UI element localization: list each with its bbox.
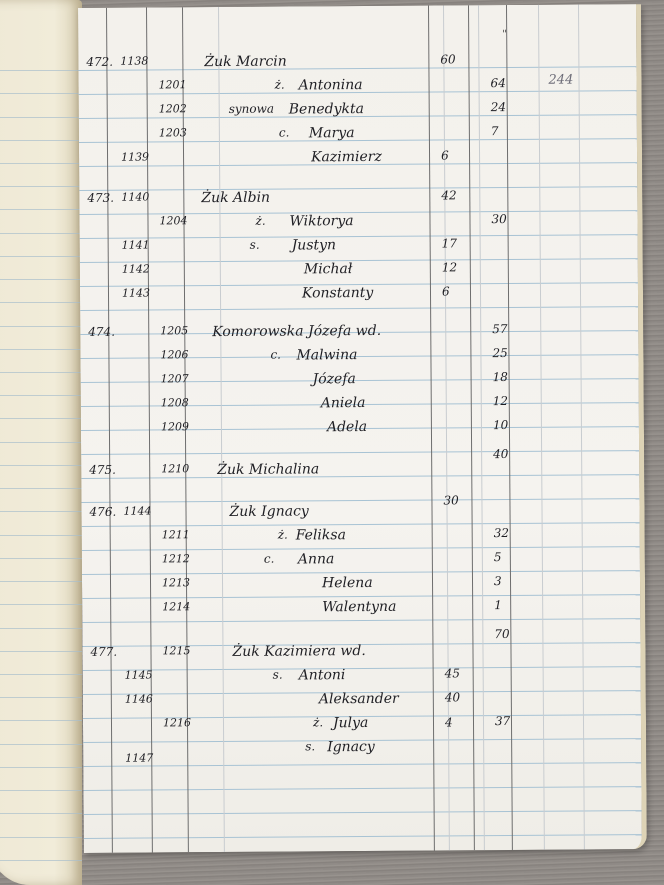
person-name: Michał	[304, 261, 353, 277]
person-name: Żuk Kazimiera wd.	[232, 643, 365, 660]
female-age: 64	[490, 76, 505, 90]
facing-left-page	[0, 0, 82, 885]
female-age: 30	[491, 212, 506, 226]
person-name: Walentyna	[322, 599, 396, 616]
female-id: 1211	[162, 528, 190, 541]
person-name: Marya	[309, 125, 355, 141]
person-name: Anna	[298, 551, 335, 567]
house-number: 475.	[89, 463, 116, 477]
female-id: 1202	[159, 102, 187, 115]
relation: c.	[264, 552, 275, 566]
register-row: 1209 Adela 10	[81, 414, 639, 442]
male-id: 1139	[121, 151, 149, 164]
male-age: 17	[442, 236, 457, 250]
house-number: 472.	[86, 55, 113, 69]
female-id: 1206	[160, 348, 188, 361]
female-age: 1	[494, 598, 502, 612]
female-age: 24	[491, 100, 506, 114]
male-age: 4	[445, 715, 453, 729]
female-id: 1207	[161, 372, 189, 385]
house-number: 473.	[87, 191, 114, 205]
female-age: 37	[495, 714, 510, 728]
relation: ż.	[274, 78, 284, 92]
person-name: Adela	[327, 419, 367, 435]
female-age: 5	[494, 550, 502, 564]
male-id: 1145	[125, 668, 153, 681]
female-id: 1201	[158, 78, 186, 91]
person-name: Benedykta	[289, 101, 364, 118]
person-name: Józefa	[313, 371, 356, 387]
person-name: Ignacy	[327, 739, 375, 755]
female-age: 3	[494, 574, 502, 588]
person-name: Julya	[333, 715, 368, 731]
person-name: Malwina	[296, 347, 357, 363]
female-id: 1214	[162, 600, 190, 613]
male-id: 1143	[122, 287, 150, 300]
female-age: 12	[493, 394, 508, 408]
male-age: 30	[443, 493, 458, 507]
male-age: 40	[445, 690, 460, 704]
house-number: 477.	[90, 645, 117, 659]
female-age: 10	[493, 418, 508, 432]
relation: c.	[279, 126, 290, 140]
person-name: Żuk Michalina	[217, 461, 319, 478]
female-age: 40	[493, 447, 508, 461]
male-id: 1144	[123, 504, 151, 517]
relation: synowa	[229, 102, 274, 116]
person-name: Żuk Marcin	[204, 54, 287, 71]
register-row: 1214 Walentyna 1	[82, 594, 640, 622]
person-name: Wiktorya	[289, 213, 353, 229]
register-row: 1143 Konstanty 6	[80, 280, 638, 308]
person-name: Żuk Albin	[201, 190, 270, 206]
register-row: 1139 Kazimierz 6	[79, 144, 637, 172]
relation: ż.	[255, 214, 265, 228]
person-name: Antoni	[299, 667, 346, 683]
register-page: " 244 472. 1138 Żuk Marcin 60 1201 ż. An…	[78, 4, 647, 853]
male-id: 1146	[125, 692, 153, 705]
male-age: 42	[441, 188, 456, 202]
female-age: 57	[492, 322, 507, 336]
relation: s.	[250, 238, 260, 252]
female-age: 7	[491, 124, 499, 138]
register-row: 1147 s. Ignacy 4	[83, 734, 641, 762]
male-age: 6	[442, 284, 450, 298]
male-id: 1141	[122, 239, 150, 252]
female-id: 1213	[162, 576, 190, 589]
relation: s.	[273, 668, 283, 682]
person-name: Antonina	[298, 77, 362, 93]
male-age: 60	[440, 52, 455, 66]
female-id: 1203	[159, 126, 187, 139]
relation: ż.	[278, 528, 288, 542]
person-name: Aleksander	[319, 691, 399, 708]
person-name: Kazimierz	[311, 149, 382, 165]
female-age: 70	[494, 627, 509, 641]
male-id: 1147	[125, 751, 153, 764]
female-id: 1205	[160, 324, 188, 337]
male-id: 1140	[121, 191, 149, 204]
female-age: 32	[494, 526, 509, 540]
female-id: 1208	[161, 396, 189, 409]
male-id: 1142	[122, 263, 150, 276]
person-name: Konstanty	[302, 285, 373, 301]
person-name: Feliksa	[296, 527, 346, 543]
male-age: 12	[442, 260, 457, 274]
relation: c.	[270, 348, 281, 362]
register-row: 475. 1210 Żuk Michalina 40	[81, 456, 639, 484]
relation: ż.	[313, 715, 323, 729]
house-number: 476.	[89, 505, 116, 519]
male-age: 45	[445, 666, 460, 680]
person-name: Aniela	[321, 395, 366, 411]
male-age: 6	[441, 148, 449, 162]
female-id: 1212	[162, 552, 190, 565]
house-number: 474.	[88, 325, 115, 339]
female-id: 1216	[163, 716, 191, 729]
female-id: 1215	[162, 644, 190, 657]
female-id: 1210	[161, 462, 189, 475]
person-name: Żuk Ignacy	[229, 503, 308, 520]
female-age: 18	[493, 370, 508, 384]
relation: s.	[305, 739, 315, 753]
person-name: Komorowska Józefa wd.	[212, 323, 381, 340]
female-id: 1209	[161, 420, 189, 433]
person-name: Helena	[322, 575, 373, 591]
person-name: Justyn	[292, 237, 336, 253]
top-mark: "	[502, 29, 507, 40]
female-id: 1204	[159, 214, 187, 227]
male-id: 1138	[120, 55, 148, 68]
female-age: 25	[492, 346, 507, 360]
